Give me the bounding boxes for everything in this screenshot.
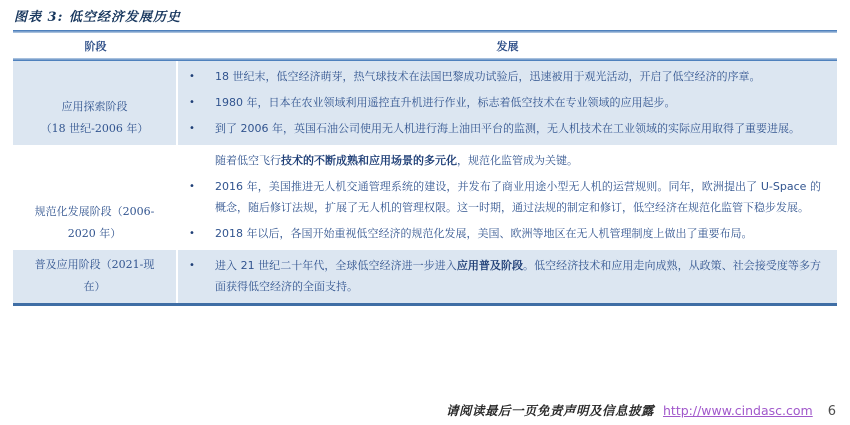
development-cell: 随着低空飞行技术的不断成熟和应用场景的多元化，规范化监管成为关键。 • 2016… [178,145,837,250]
page-number: 6 [828,404,836,419]
bullet-icon: • [187,223,215,244]
bullet-icon: • [187,176,215,218]
bullet-text-bold: 应用普及阶段 [457,259,523,272]
bullet-text: 18 世纪末，低空经济萌芽，热气球技术在法国巴黎成功试验后，迅速被用于观光活动，… [215,66,821,87]
figure-title: 图表 3: 低空经济发展历史 [14,6,181,25]
bullet-text: 1980 年，日本在农业领域利用遥控直升机进行作业，标志着低空技术在专业领域的应… [215,92,821,113]
bullet-icon: • [187,255,215,297]
development-cell: • 18 世纪末，低空经济萌芽，热气球技术在法国巴黎成功试验后，迅速被用于观光活… [178,61,837,145]
development-history-table: 阶段 发展 应用探索阶段 （18 世纪-2006 年） • 18 世纪末，低空经… [13,30,837,306]
table-header-row: 阶段 发展 [13,33,837,58]
stage-period: 2020 年） [13,223,176,245]
stage-cell: 规范化发展阶段（2006- 2020 年） [13,145,178,250]
bullet-text: 到了 2006 年，英国石油公司使用无人机进行海上油田平台的监测，无人机技术在工… [215,118,821,139]
table-row-standardization-stage: 规范化发展阶段（2006- 2020 年） 随着低空飞行技术的不断成熟和应用场景… [13,145,837,250]
stage-cell: 普及应用阶段（2021-现 在） [13,250,178,303]
table-row-exploration-stage: 应用探索阶段 （18 世纪-2006 年） • 18 世纪末，低空经济萌芽，热气… [13,61,837,145]
bullet-item: • 1980 年，日本在农业领域利用遥控直升机进行作业，标志着低空技术在专业领域… [187,92,821,113]
table-row-popularization-stage: 普及应用阶段（2021-现 在） • 进入 21 世纪二十年代，全球低空经济进一… [13,250,837,303]
disclaimer-text: 请阅读最后一页免责声明及信息披露 [446,401,654,419]
bullet-icon: • [187,66,215,87]
report-page: 图表 3: 低空经济发展历史 阶段 发展 应用探索阶段 （18 世纪-2006 … [0,0,850,425]
intro-text-bold: 技术的不断成熟和应用场景的多元化 [281,154,457,167]
bullet-spacer [187,150,215,171]
bullet-item: • 18 世纪末，低空经济萌芽，热气球技术在法国巴黎成功试验后，迅速被用于观光活… [187,66,821,87]
bullet-item: • 到了 2006 年，英国石油公司使用无人机进行海上油田平台的监测，无人机技术… [187,118,821,139]
stage-period: 在） [13,276,176,298]
stage-name: 应用探索阶段 [13,96,176,118]
column-header-stage: 阶段 [13,38,178,54]
column-header-development: 发展 [178,38,837,54]
bullet-icon: • [187,92,215,113]
company-website-link[interactable]: http://www.cindasc.com [663,403,813,418]
bullet-item: • 2016 年，美国推进无人机交通管理系统的建设，并发布了商业用途小型无人机的… [187,176,821,218]
bullet-text: 2016 年，美国推进无人机交通管理系统的建设，并发布了商业用途小型无人机的运营… [215,176,821,218]
stage-name: 普及应用阶段（2021-现 [13,254,176,276]
development-cell: • 进入 21 世纪二十年代，全球低空经济进一步进入应用普及阶段。低空经济技术和… [178,250,837,303]
page-footer: 请阅读最后一页免责声明及信息披露 http://www.cindasc.com … [446,401,836,419]
intro-text-pre: 随着低空飞行 [215,154,281,167]
bullet-text: 进入 21 世纪二十年代，全球低空经济进一步进入应用普及阶段。低空经济技术和应用… [215,255,821,297]
stage-period: （18 世纪-2006 年） [13,118,176,140]
table-bottom-border [13,303,837,306]
bullet-item: • 进入 21 世纪二十年代，全球低空经济进一步进入应用普及阶段。低空经济技术和… [187,255,821,297]
stage-cell: 应用探索阶段 （18 世纪-2006 年） [13,61,178,145]
bullet-icon: • [187,118,215,139]
bullet-text: 2018 年以后，各国开始重视低空经济的规范化发展，美国、欧洲等地区在无人机管理… [215,223,821,244]
bullet-text-pre: 进入 21 世纪二十年代，全球低空经济进一步进入 [215,259,457,272]
bullet-item: • 2018 年以后，各国开始重视低空经济的规范化发展，美国、欧洲等地区在无人机… [187,223,821,244]
intro-text-post: ，规范化监管成为关键。 [457,154,578,167]
stage-name: 规范化发展阶段（2006- [13,201,176,223]
intro-text: 随着低空飞行技术的不断成熟和应用场景的多元化，规范化监管成为关键。 [215,150,821,171]
intro-line: 随着低空飞行技术的不断成熟和应用场景的多元化，规范化监管成为关键。 [187,150,821,171]
